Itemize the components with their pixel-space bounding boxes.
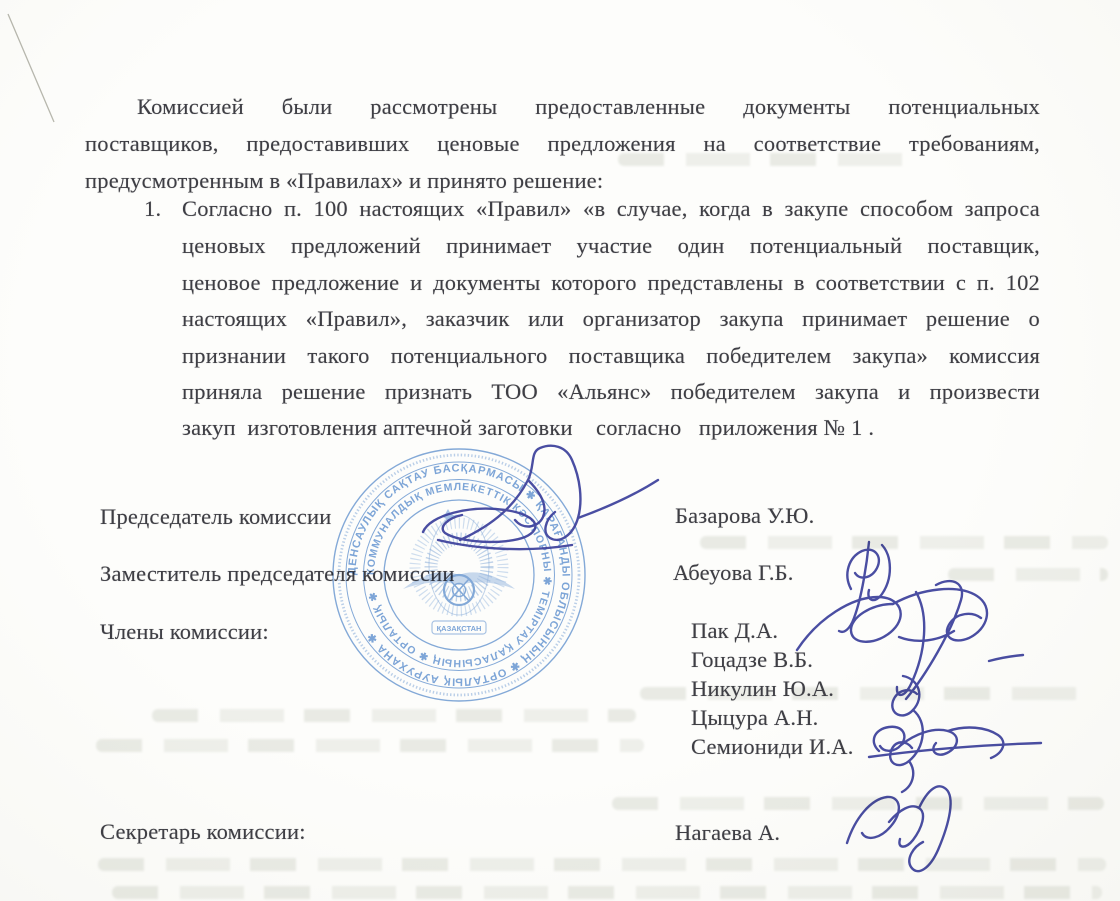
list-line: Согласно п. 100 настоящих «Правил» «в сл… [182, 194, 1040, 224]
signature-gotsadze [897, 581, 1023, 699]
signatory-name: Базарова У.Ю. [675, 501, 814, 531]
list-line: закуп изготовления аптечной заготовки со… [182, 413, 874, 443]
kazakhstan-banner-text: ҚАЗАҚСТАН [437, 624, 482, 633]
paragraph-line: Комиссией были рассмотрены предоставленн… [85, 92, 1040, 122]
bleedthrough-line [152, 709, 636, 722]
scan-fold-line [8, 14, 54, 122]
signatory-label: Члены комиссии: [100, 617, 269, 647]
star-icon [441, 509, 455, 523]
list-line: ценовых предложений принимает участие од… [182, 231, 1040, 261]
bleedthrough-line [612, 797, 1104, 810]
signatory-name: Гоцадзе В.Б. [691, 645, 813, 675]
signatory-name: Пак Д.А. [691, 616, 778, 646]
bleedthrough-line [96, 739, 644, 752]
bleedthrough-line [948, 568, 1108, 581]
list-line: ценовое предложение и документы которого… [182, 268, 1040, 298]
signatory-name: Абеуова Г.Б. [673, 558, 794, 588]
list-line: признании такого потенциального поставщи… [182, 341, 1040, 371]
paragraph-line: предусмотренным в «Правилах» и принято р… [85, 166, 603, 196]
scanned-document-page: Комиссией были рассмотрены предоставленн… [0, 0, 1120, 901]
signature-pak [797, 589, 987, 650]
list-line: приняла решение признать ТОО «Альянс» по… [182, 377, 1040, 407]
signature-abeuova [839, 542, 890, 632]
signatory-label: Председатель комиссии [100, 502, 332, 532]
signatory-name: Нагаева А. [675, 818, 780, 848]
list-line: настоящих «Правил», заказчик или организ… [182, 304, 1040, 334]
signature-semionidi [869, 727, 1041, 758]
signature-bazarova [423, 446, 658, 549]
signatory-name: Цыцура А.Н. [691, 703, 818, 733]
bleedthrough-line [112, 886, 1102, 899]
signatory-label: Секретарь комиссии: [100, 817, 306, 847]
list-number: 1. [144, 194, 161, 224]
signatory-label: Заместитель председателя комиссии [100, 559, 455, 589]
signatory-name: Семиониди И.А. [691, 732, 854, 762]
paragraph-line: поставщиков, предоставивших ценовые пред… [85, 129, 1040, 159]
bleedthrough-line [98, 858, 1106, 871]
signatory-name: Никулин Ю.А. [691, 674, 834, 704]
bleedthrough-line [700, 536, 1108, 549]
